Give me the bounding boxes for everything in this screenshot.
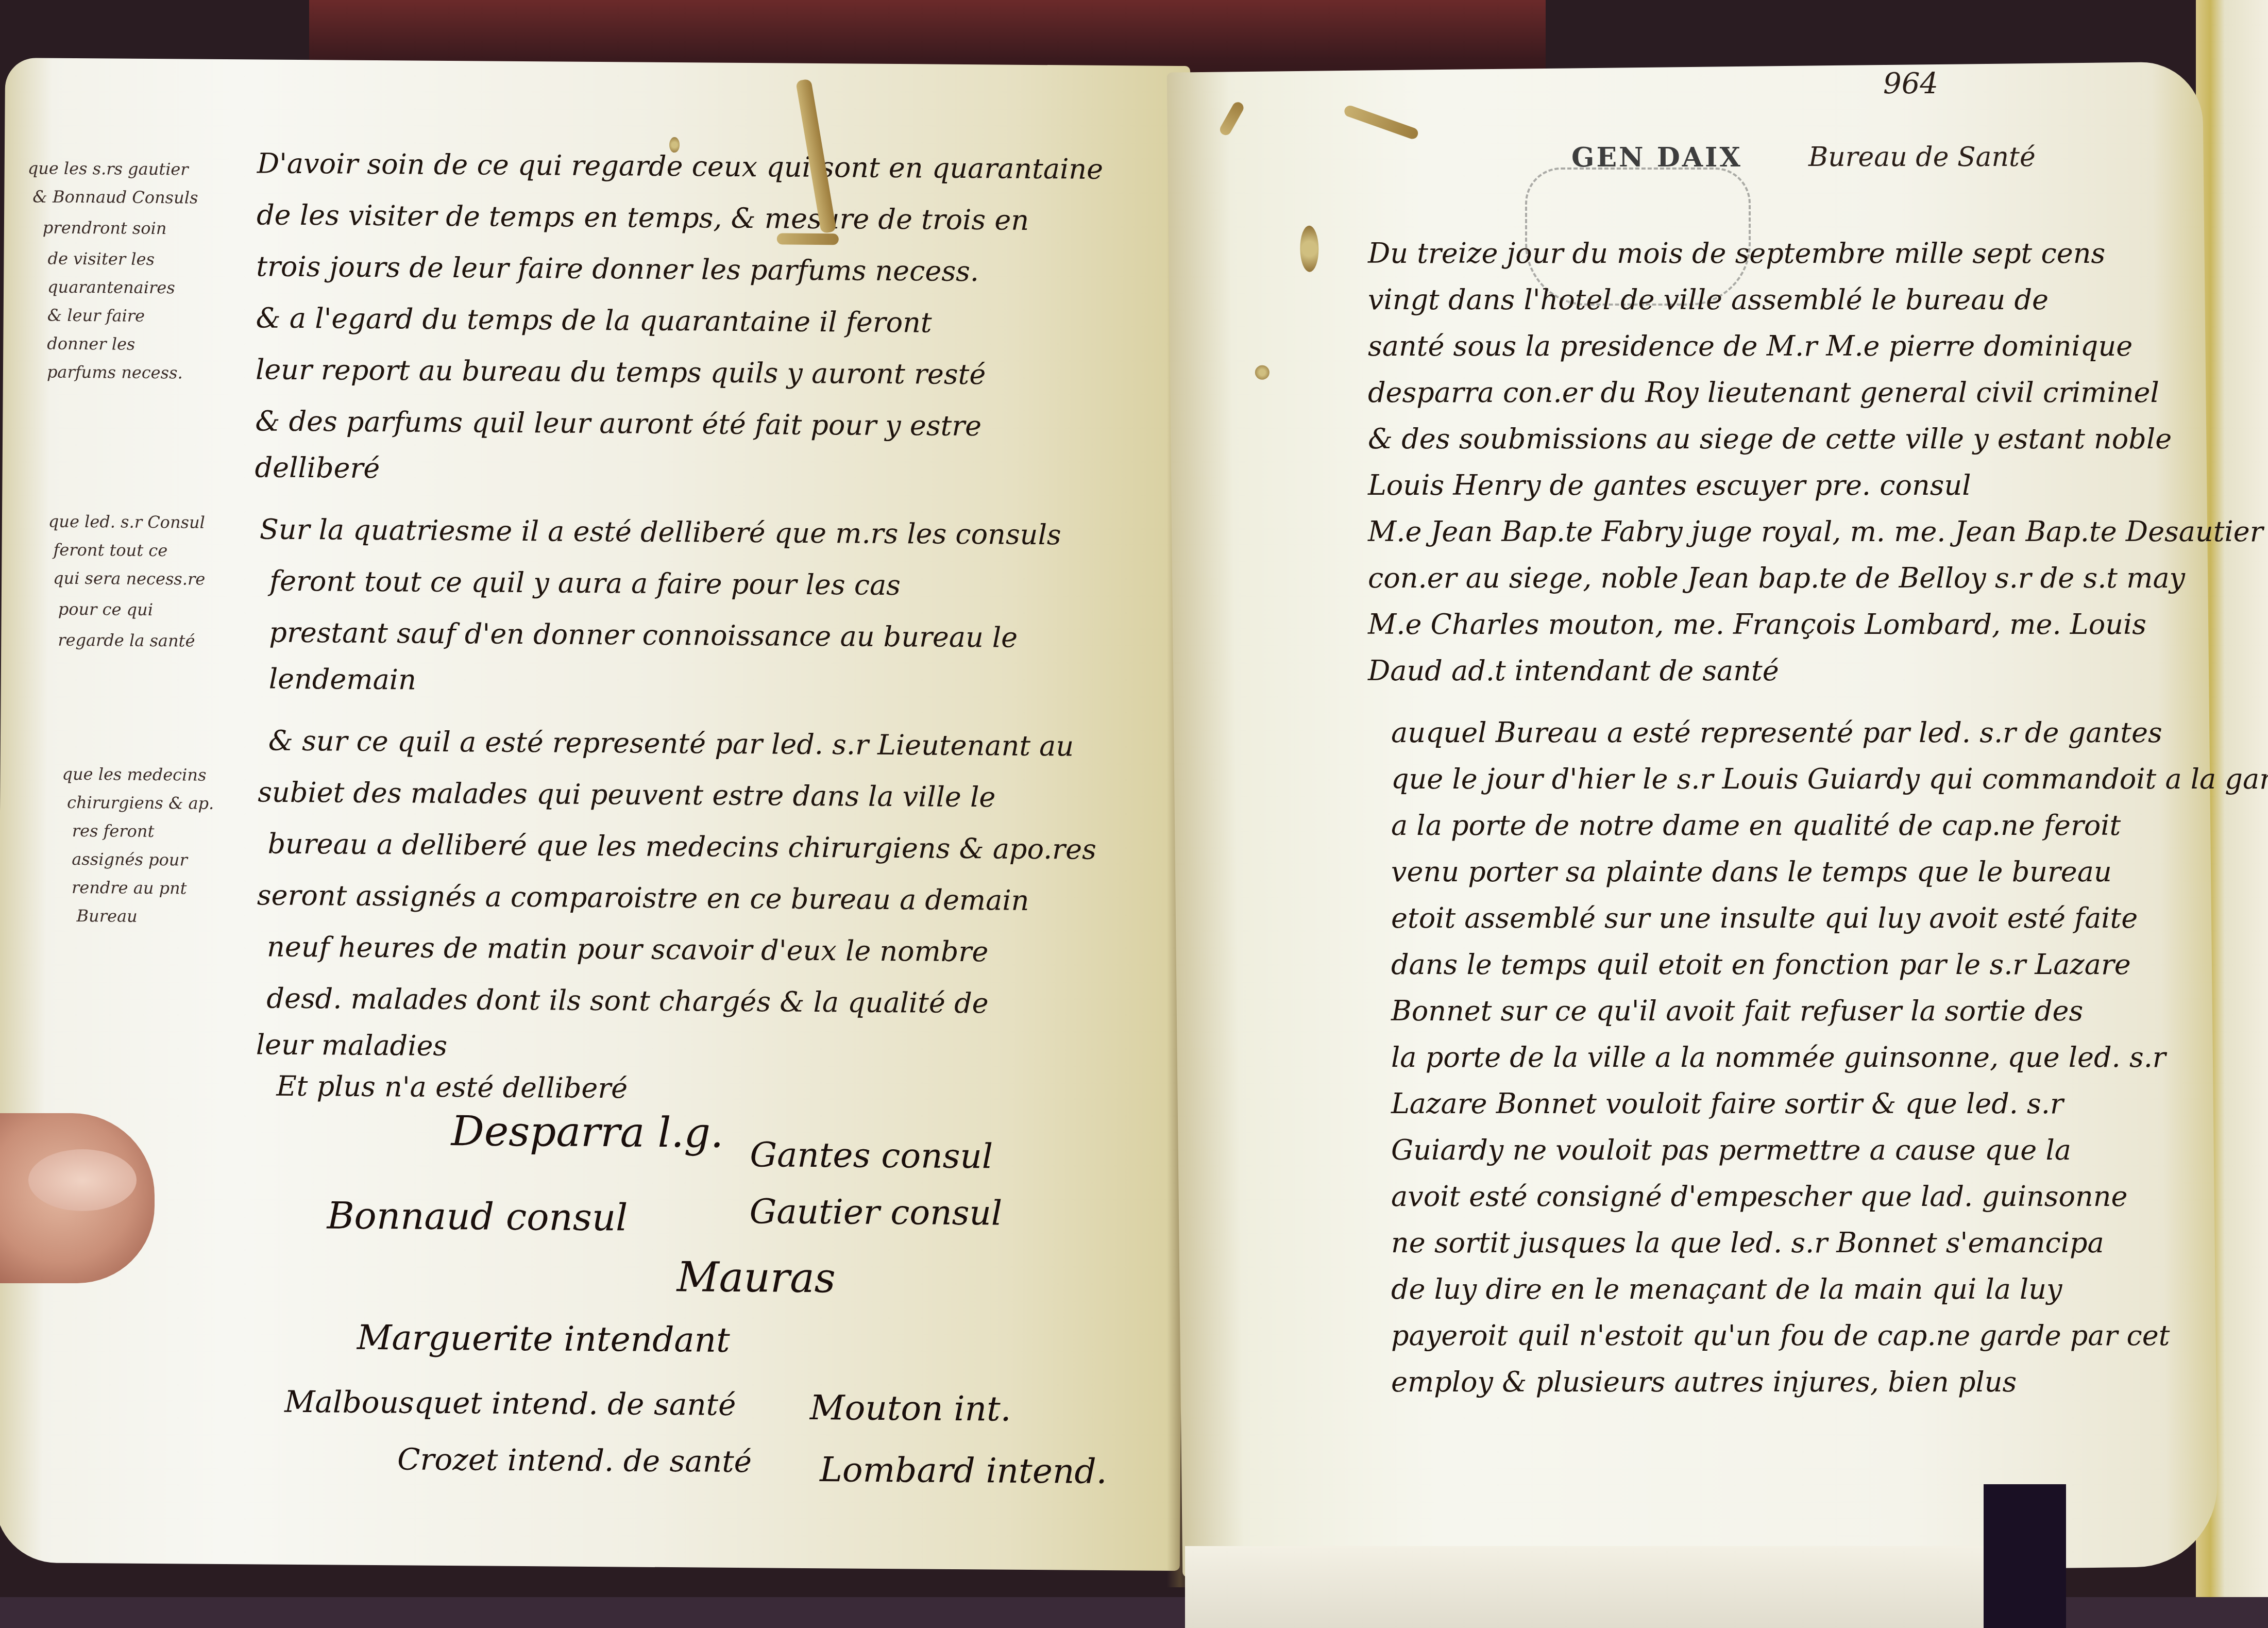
body-line: prestant sauf d'en donner connoissance a… — [269, 616, 1018, 654]
open-register: que les s.rs gautier & Bonnaud Consuls p… — [0, 31, 2210, 1598]
body-line: & des parfums quil leur auront été fait … — [255, 405, 981, 442]
margin-note-line: parfums necess. — [47, 362, 183, 383]
thumbnail — [28, 1149, 137, 1211]
folio-number: 964 — [1883, 67, 1938, 100]
margin-note-line: de visiter les — [47, 249, 155, 269]
margin-note-line: Bureau — [76, 906, 137, 926]
margin-note-line: & Bonnaud Consuls — [32, 187, 198, 207]
paper-hole — [1255, 365, 1270, 380]
signature: Crozet intend. de santé — [397, 1441, 752, 1479]
signature: Lombard intend. — [820, 1450, 1107, 1491]
signature: Malbousquet intend. de santé — [284, 1384, 736, 1422]
body-line: Du treize jour du mois de septembre mill… — [1368, 237, 2105, 270]
margin-note-line: feront tout ce — [53, 540, 167, 561]
signature: Bonnaud consul — [327, 1194, 628, 1239]
body-line: bureau a delliberé que les medecins chir… — [267, 828, 1096, 866]
body-line: de luy dire en le menaçant de la main qu… — [1391, 1273, 2062, 1305]
body-line: employ & plusieurs autres injures, bien … — [1391, 1366, 2017, 1398]
body-line: M.e Charles mouton, me. François Lombard… — [1368, 608, 2146, 641]
margin-note-line: qui sera necess.re — [53, 568, 205, 589]
body-line: & sur ce quil a esté representé par led.… — [268, 725, 1074, 763]
paper-hole — [1300, 226, 1319, 272]
margin-note-line: quarantenaires — [47, 277, 175, 298]
margin-note-line: que les s.rs gautier — [28, 158, 189, 179]
worm-damage — [1343, 104, 1419, 141]
signature: Desparra l.g. — [451, 1107, 723, 1157]
margin-note-line: rendre au pnt — [72, 878, 187, 898]
signature: Mouton int. — [810, 1388, 1011, 1429]
body-line: Louis Henry de gantes escuyer pre. consu… — [1368, 469, 1971, 501]
body-line: Et plus n'a esté delliberé — [276, 1070, 628, 1105]
margin-note-line: que led. s.r Consul — [48, 512, 205, 532]
signature: Gantes consul — [750, 1135, 993, 1176]
worm-damage — [1218, 100, 1246, 137]
margin-note-line: assignés pour — [72, 849, 188, 870]
body-line: & a l'egard du temps de la quarantaine i… — [256, 301, 932, 339]
body-line: Lazare Bonnet vouloit faire sortir & que… — [1391, 1087, 2063, 1120]
page-header-title: Bureau de Santé — [1808, 142, 2036, 173]
body-line: Sur la quatriesme il a esté delliberé qu… — [260, 513, 1061, 551]
body-line: subiet des malades qui peuvent estre dan… — [258, 776, 995, 813]
signature: Marguerite intendant — [357, 1318, 730, 1360]
body-line: ne sortit jusques la que led. s.r Bonnet… — [1391, 1227, 2104, 1259]
body-line: & des soubmissions au siege de cette vil… — [1368, 423, 2172, 455]
margin-note-line: regarde la santé — [58, 630, 195, 651]
margin-note-line: & leur faire — [47, 306, 145, 326]
body-line: lendemain — [269, 663, 416, 696]
body-line: avoit esté consigné d'empescher que lad.… — [1391, 1180, 2128, 1213]
margin-note-line: chirurgiens & ap. — [67, 793, 214, 813]
signature: Mauras — [676, 1253, 836, 1302]
body-line: venu porter sa plainte dans le temps que… — [1391, 855, 2112, 888]
thumb — [0, 1113, 155, 1283]
margin-note-line: pour ce qui — [58, 599, 153, 619]
margin-note-line: res feront — [72, 821, 155, 841]
left-page: que les s.rs gautier & Bonnaud Consuls p… — [0, 58, 1190, 1571]
body-line: feront tout ce quil y aura a faire pour … — [269, 565, 901, 602]
body-line: Daud ad.t intendant de santé — [1368, 654, 1779, 687]
body-line: desparra con.er du Roy lieutenant genera… — [1368, 376, 2159, 409]
cloth-under-book — [1185, 1546, 2061, 1628]
body-line: Guiardy ne vouloit pas permettre a cause… — [1391, 1134, 2071, 1166]
body-line: leur maladies — [256, 1028, 448, 1062]
body-line: payeroit quil n'estoit qu'un fou de cap.… — [1391, 1319, 2170, 1352]
body-line: delliberé — [255, 451, 380, 484]
body-line: neuf heures de matin pour scavoir d'eux … — [267, 931, 988, 968]
body-line: Bonnet sur ce qu'il avoit fait refuser l… — [1391, 995, 2083, 1027]
body-line: dans le temps quil etoit en fonction par… — [1391, 948, 2131, 981]
body-line: seront assignés a comparoistre en ce bur… — [257, 879, 1029, 916]
body-line: desd. malades dont ils sont chargés & la… — [266, 982, 989, 1020]
body-line: D'avoir soin de ce qui regarde ceux qui … — [257, 147, 1104, 185]
body-line: que le jour d'hier le s.r Louis Guiardy … — [1391, 763, 2268, 795]
margin-note-line: prendront soin — [43, 218, 167, 239]
body-line: la porte de la ville a la nommée guinson… — [1391, 1041, 2166, 1073]
body-line: vingt dans l'hotel de ville assemblé le … — [1368, 283, 2049, 316]
margin-note-line: donner les — [47, 334, 135, 354]
body-line: leur report au bureau du temps quils y a… — [256, 353, 986, 391]
body-line: auquel Bureau a esté representé par led.… — [1391, 716, 2162, 749]
body-line: M.e Jean Bap.te Fabry juge royal, m. me.… — [1368, 515, 2263, 548]
body-line: trois jours de leur faire donner les par… — [256, 250, 979, 288]
background-shadow — [1984, 1484, 2066, 1628]
body-line: santé sous la presidence de M.r M.e pier… — [1368, 330, 2132, 362]
body-line: a la porte de notre dame en qualité de c… — [1391, 809, 2121, 842]
body-line: etoit assemblé sur une insulte qui luy a… — [1391, 902, 2138, 934]
paper-hole — [669, 137, 680, 153]
body-line: con.er au siege, noble Jean bap.te de Be… — [1368, 562, 2185, 594]
margin-note-line: que les medecins — [62, 764, 206, 785]
worm-damage — [777, 233, 839, 245]
body-line: de les visiter de temps en temps, & mesu… — [257, 198, 1029, 236]
signature: Gautier consul — [749, 1191, 1002, 1233]
